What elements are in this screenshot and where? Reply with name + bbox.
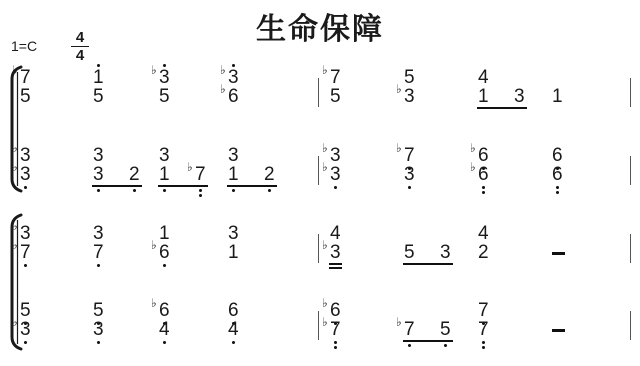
note-digit: 4 [478,224,489,243]
note-digit: 1 [478,87,489,106]
flat-accidental-icon: ♭ [322,142,328,154]
octave-dot [24,186,27,189]
note-digit: 3 [159,146,170,165]
note-digit: 5 [159,87,170,106]
duration-dash [552,252,565,255]
note-digit: 7♭ [404,146,415,165]
barline [630,311,631,340]
note-digit: 3♭ [20,165,31,184]
flat-accidental-icon: ♭ [322,64,328,76]
octave-dot [232,189,235,192]
note-digit: 5 [20,87,31,106]
note-digit: 7 [478,320,489,339]
note-digit: 3 [228,146,239,165]
note-digit: 7 [478,301,489,320]
note-digit: 6♭ [159,243,170,262]
octave-dot [97,341,100,344]
note-digit: 3 [404,165,415,184]
flat-accidental-icon: ♭ [322,161,328,173]
octave-dot [408,186,411,189]
flat-accidental-icon: ♭ [151,239,157,251]
octave-dot [199,189,202,192]
note-digit: 6♭ [478,146,489,165]
note-digit: 3 [440,243,451,262]
note-digit: 3 [93,320,104,339]
note-digit: 6♭ [330,301,341,320]
note-digit: 7♭ [330,320,341,339]
flat-accidental-icon: ♭ [220,83,226,95]
note-digit: 3 [93,146,104,165]
octave-dot [444,344,447,347]
octave-dot [334,186,337,189]
note-digit: 6 [228,301,239,320]
octave-dot [163,341,166,344]
note-digit: 5 [404,243,415,262]
note-digit: 5 [404,68,415,87]
octave-dot [232,64,235,67]
flat-accidental-icon: ♭ [151,297,157,309]
note-digit: 4 [159,320,170,339]
flat-accidental-icon: ♭ [470,142,476,154]
note-digit: 7♭ [404,320,415,339]
octave-dot [97,264,100,267]
flat-accidental-icon: ♭ [12,142,18,154]
note-digit: 7♭ [20,68,31,87]
note-digit: 5 [20,301,31,320]
note-digit: 2 [478,243,489,262]
note-digit: 6 [552,165,563,184]
octave-dot [482,191,485,194]
octave-dot [556,186,559,189]
note-digit: 7 [93,243,104,262]
score-area: 7♭5153♭53♭6♭7♭553♭41313♭3♭332317♭3123♭3♭… [0,0,640,366]
flat-accidental-icon: ♭ [187,161,193,173]
octave-dot [163,264,166,267]
note-digit: 6 [552,146,563,165]
note-digit: 5 [440,320,451,339]
note-digit: 3 [93,165,104,184]
note-digit: 2 [129,165,140,184]
barline [318,234,319,263]
note-digit: 3♭ [20,224,31,243]
flat-accidental-icon: ♭ [12,64,18,76]
note-digit: 7♭ [330,68,341,87]
flat-accidental-icon: ♭ [12,239,18,251]
flat-accidental-icon: ♭ [12,316,18,328]
note-digit: 2 [264,165,275,184]
note-digit: 5 [330,87,341,106]
flat-accidental-icon: ♭ [396,316,402,328]
note-digit: 1 [93,68,104,87]
note-digit: 1 [159,224,170,243]
duration-dash [552,329,565,332]
octave-dot [199,194,202,197]
barline [630,78,631,107]
note-digit: 1 [159,165,170,184]
octave-dot [232,341,235,344]
flat-accidental-icon: ♭ [151,64,157,76]
note-digit: 3 [514,87,525,106]
sixteenth-underline [329,263,342,265]
note-digit: 7♭ [20,243,31,262]
eighth-underline [403,340,453,342]
flat-accidental-icon: ♭ [396,83,402,95]
note-digit: 7♭ [195,165,206,184]
note-digit: 3♭ [20,320,31,339]
note-digit: 5 [93,87,104,106]
eighth-underline [403,263,453,265]
flat-accidental-icon: ♭ [396,142,402,154]
eighth-underline [227,185,277,187]
note-digit: 3♭ [159,68,170,87]
octave-dot [408,344,411,347]
barline [630,234,631,263]
note-digit: 3♭ [330,165,341,184]
octave-dot [163,64,166,67]
octave-dot [334,341,337,344]
note-digit: 6♭ [478,165,489,184]
flat-accidental-icon: ♭ [322,297,328,309]
note-digit: 6♭ [228,87,239,106]
octave-dot [97,189,100,192]
octave-dot [24,264,27,267]
eighth-underline [477,107,527,109]
note-digit: 5 [93,301,104,320]
octave-dot [97,64,100,67]
note-digit: 4 [228,320,239,339]
note-digit: 4 [478,68,489,87]
octave-dot [556,191,559,194]
note-digit: 6♭ [159,301,170,320]
barline [318,78,319,107]
note-digit: 3♭ [20,146,31,165]
note-digit: 3♭ [404,87,415,106]
note-digit: 3♭ [228,68,239,87]
flat-accidental-icon: ♭ [12,161,18,173]
note-digit: 1 [228,243,239,262]
octave-dot [24,341,27,344]
octave-dot [482,346,485,349]
flat-accidental-icon: ♭ [322,316,328,328]
note-digit: 4 [330,224,341,243]
note-digit: 1 [228,165,239,184]
flat-accidental-icon: ♭ [12,220,18,232]
note-digit: 3 [228,224,239,243]
barline [318,156,319,185]
sixteenth-underline [329,267,342,269]
flat-accidental-icon: ♭ [220,64,226,76]
octave-dot [268,189,271,192]
octave-dot [163,189,166,192]
note-digit: 3 [93,224,104,243]
octave-dot [482,186,485,189]
flat-accidental-icon: ♭ [470,161,476,173]
barline [318,311,319,340]
flat-accidental-icon: ♭ [322,239,328,251]
eighth-underline [92,185,142,187]
octave-dot [334,346,337,349]
note-digit: 1 [552,87,563,106]
barline [630,156,631,185]
note-digit: 3♭ [330,146,341,165]
octave-dot [482,341,485,344]
octave-dot [133,189,136,192]
note-digit: 3♭ [330,243,341,262]
sheet-music-page: 生命保障 1=C 4 4 7♭5153♭53♭6♭7♭553♭41313♭3♭3… [0,0,640,366]
eighth-underline [158,185,208,187]
